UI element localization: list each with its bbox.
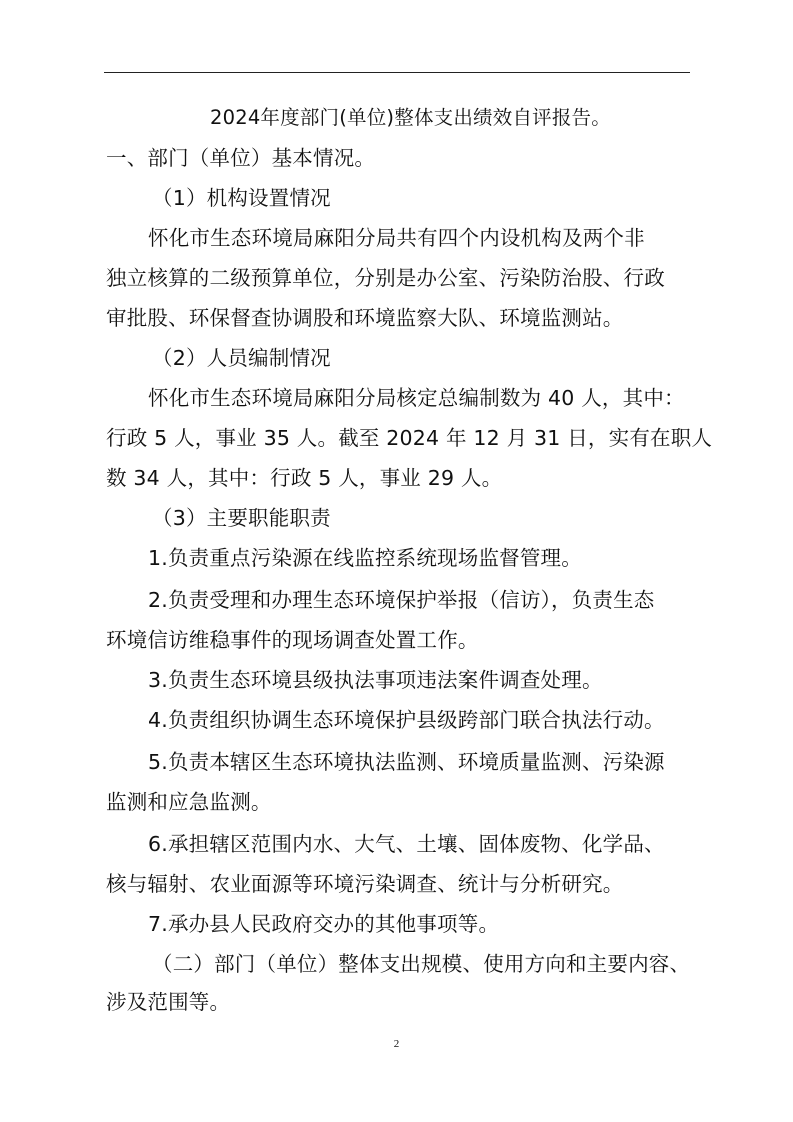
paragraph-line: 怀化市生态环境局麻阳分局共有四个内设机构及两个非	[148, 224, 645, 252]
document-title: 2024年度部门(单位)整体支出绩效自评报告。	[210, 104, 611, 132]
paragraph-line: 环境信访维稳事件的现场调查处置工作。	[106, 626, 479, 654]
function-item: 4.负责组织协调生态环境保护县级跨部门联合执法行动。	[148, 706, 665, 734]
section-heading-basic-info: 一、部门（单位）基本情况。	[106, 144, 375, 172]
function-item: 7.承办县人民政府交办的其他事项等。	[148, 910, 499, 938]
paragraph-line: 独立核算的二级预算单位，分别是办公室、污染防治股、行政	[106, 264, 665, 292]
subheading-functions: （3）主要职能职责	[152, 504, 331, 532]
paragraph-line: 核与辐射、农业面源等环境污染调查、统计与分析研究。	[106, 870, 624, 898]
function-item: 6.承担辖区范围内水、大气、土壤、固体废物、化学品、	[148, 830, 665, 858]
paragraph-line: 审批股、环保督查协调股和环境监察大队、环境监测站。	[106, 304, 624, 332]
header-rule	[104, 72, 690, 73]
subheading-staffing: （2）人员编制情况	[152, 344, 331, 372]
section-heading-expenditure: （二）部门（单位）整体支出规模、使用方向和主要内容、	[152, 950, 690, 978]
subheading-organization: （1）机构设置情况	[152, 184, 331, 212]
page-number: 2	[0, 1038, 793, 1050]
function-item: 2.负责受理和办理生态环境保护举报（信访），负责生态	[148, 586, 655, 614]
function-item: 1.负责重点污染源在线监控系统现场监督管理。	[148, 544, 582, 572]
paragraph-line: 涉及范围等。	[106, 988, 230, 1016]
paragraph-line: 监测和应急监测。	[106, 788, 272, 816]
function-item: 5.负责本辖区生态环境执法监测、环境质量监测、污染源	[148, 748, 665, 776]
function-item: 3.负责生态环境县级执法事项违法案件调查处理。	[148, 666, 603, 694]
paragraph-line: 怀化市生态环境局麻阳分局核定总编制数为 40 人，其中：	[148, 384, 685, 412]
paragraph-line: 数 34 人，其中：行政 5 人，事业 29 人。	[106, 464, 502, 492]
paragraph-line: 行政 5 人，事业 35 人。截至 2024 年 12 月 31 日，实有在职人	[106, 424, 712, 452]
